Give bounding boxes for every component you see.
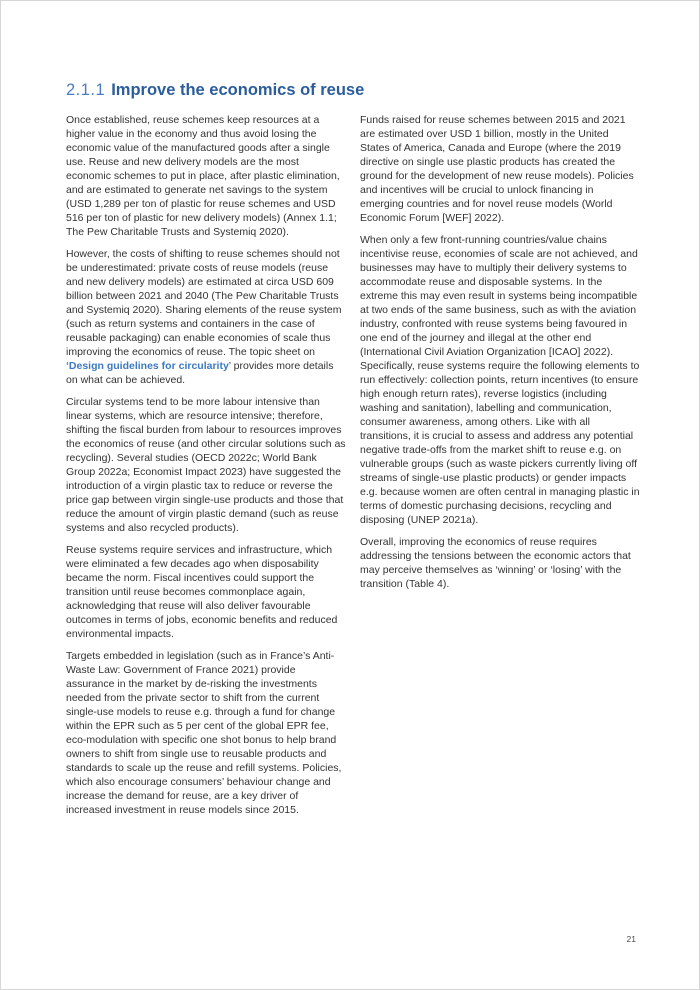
paragraph-reuse-schemes-value: Once established, reuse schemes keep res…	[66, 113, 346, 239]
document-page: 2.1.1Improve the economics of reuse Once…	[0, 0, 700, 990]
section-title: Improve the economics of reuse	[111, 81, 364, 99]
paragraph-costs-of-shifting: However, the costs of shifting to reuse …	[66, 247, 346, 387]
right-column: Funds raised for reuse schemes between 2…	[360, 113, 640, 825]
left-column: Once established, reuse schemes keep res…	[66, 113, 346, 825]
design-guidelines-link[interactable]: ‘Design guidelines for circularity	[66, 360, 229, 372]
page-number: 21	[627, 934, 636, 944]
two-column-body: Once established, reuse schemes keep res…	[66, 113, 640, 825]
paragraph-overall-tensions: Overall, improving the economics of reus…	[360, 535, 640, 591]
paragraph-reuse-infrastructure: Reuse systems require services and infra…	[66, 543, 346, 641]
paragraph-funds-raised: Funds raised for reuse schemes between 2…	[360, 113, 640, 225]
paragraph-legislation-targets: Targets embedded in legislation (such as…	[66, 649, 346, 817]
section-number: 2.1.1	[66, 81, 105, 99]
paragraph-circular-systems: Circular systems tend to be more labour …	[66, 395, 346, 535]
paragraph-front-running-countries: When only a few front-running countries/…	[360, 233, 640, 527]
section-heading: 2.1.1Improve the economics of reuse	[66, 80, 364, 100]
paragraph-costs-text-before: However, the costs of shifting to reuse …	[66, 248, 341, 358]
